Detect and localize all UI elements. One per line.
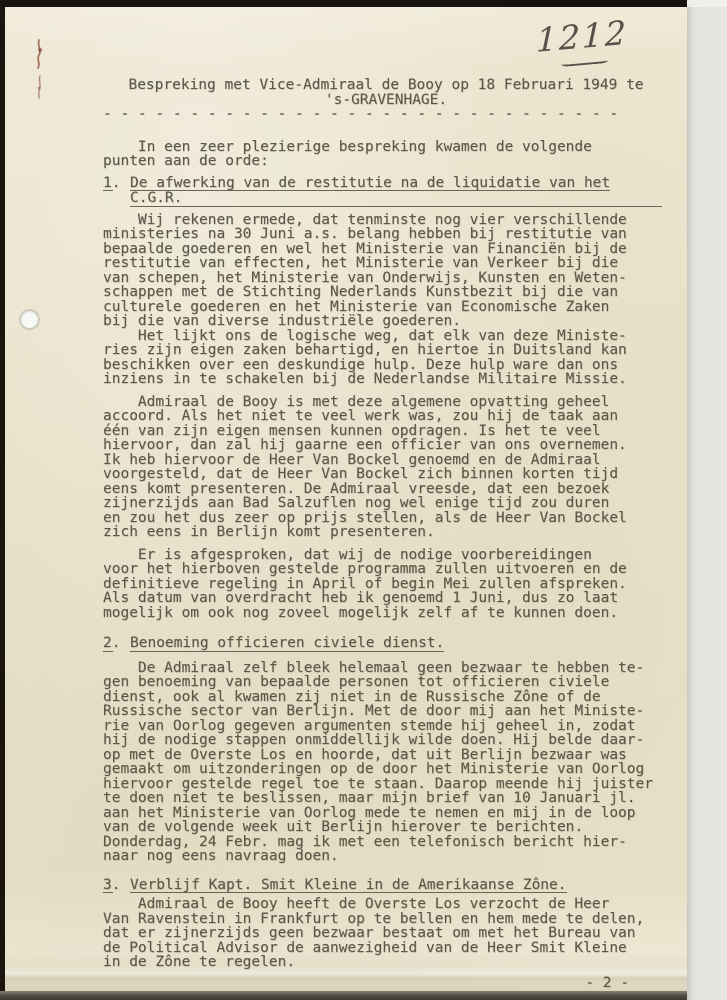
document-content: Bespreking met Vice-Admiraal de Booy op …: [103, 74, 669, 990]
section-1-heading: 1. De afwerking van de restitutie na de …: [103, 176, 669, 192]
section-3-paragraph-1: Admiraal de Booy heeft de Overste Los ve…: [103, 897, 669, 970]
section-1-heading-abbr: C.G.R.: [130, 190, 182, 206]
dashed-rule: - - - - - - - - - - - - - - - - - - - - …: [103, 107, 669, 122]
section-1-heading-line2: C.G.R.: [130, 191, 662, 207]
section-2-heading: 2. Benoeming officieren civiele dienst.: [103, 636, 669, 652]
section-1-paragraph-2: Het lijkt ons de logische weg, dat elk v…: [103, 329, 669, 387]
scan-background-corner: [687, 0, 727, 7]
section-2-number: 2.: [103, 636, 113, 652]
section-3-number: 3.: [103, 878, 113, 894]
section-2-heading-text: Benoeming officieren civiele dienst.: [130, 636, 444, 652]
section-1-number: 1.: [103, 176, 113, 192]
section-1-paragraph-4: Er is afgesproken, dat wij de nodige voo…: [103, 548, 669, 621]
title-line-1: Bespreking met Vice-Admiraal de Booy op …: [103, 78, 669, 93]
scan-edge-left: [0, 0, 5, 1000]
section-3-heading-text: Verblijf Kapt. Smit Kleine in de Amerika…: [130, 878, 567, 894]
title-line-2: 's-GRAVENHAGE.: [103, 93, 669, 108]
scan-edge-bottom: [0, 991, 687, 1000]
section-1-paragraph-1: Wij rekenen ermede, dat tenminste nog vi…: [103, 213, 669, 329]
section-2-paragraph-1: De Admiraal zelf bleek helemaal geen bez…: [103, 661, 669, 864]
page-number: - 2 -: [103, 976, 669, 991]
scan-edge-top: [0, 0, 692, 7]
section-3-heading: 3. Verblijf Kapt. Smit Kleine in de Amer…: [103, 878, 669, 894]
section-1-heading-line1: De afwerking van de restitutie na de liq…: [130, 176, 610, 192]
document-title: Bespreking met Vice-Admiraal de Booy op …: [103, 74, 669, 107]
punch-hole: [21, 311, 38, 328]
intro-paragraph: In een zeer plezierige bespreking kwamen…: [103, 140, 669, 169]
section-1-paragraph-3: Admiraal de Booy is met deze algemene op…: [103, 395, 669, 540]
scan-background-right: [687, 0, 727, 1000]
rust-stain: [29, 38, 51, 100]
